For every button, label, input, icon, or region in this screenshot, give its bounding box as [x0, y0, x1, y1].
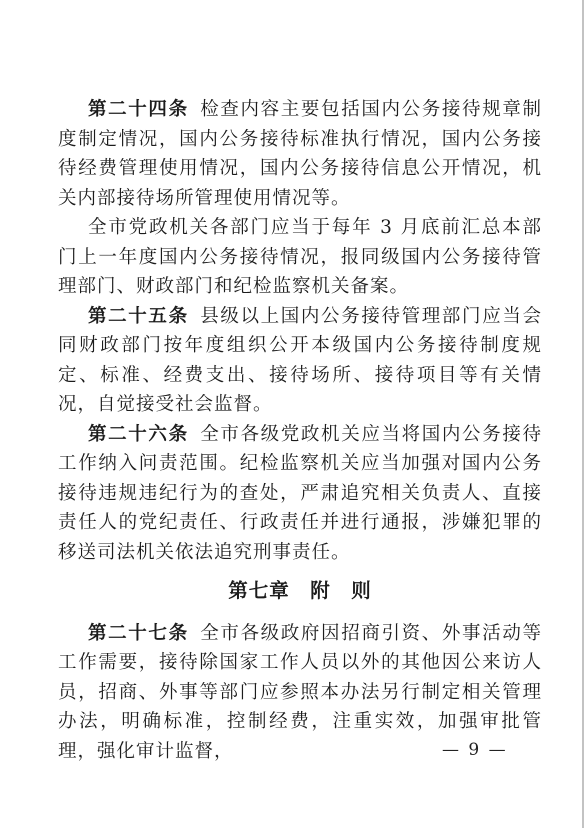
article-paragraph-26: 第二十六条全市各级党政机关应当将国内公务接待工作纳入问责范围。纪检监察机关应当加…: [58, 420, 542, 568]
article-number-24: 第二十四条: [88, 99, 189, 120]
scan-edge-line: [582, 0, 584, 828]
article-paragraph-24: 第二十四条检查内容主要包括国内公务接待规章制度制定情况，国内公务接待标准执行情况…: [58, 95, 542, 213]
body-paragraph-annual-report: 全市党政机关各部门应当于每年 3 月底前汇总本部门上一年度国内公务接待情况，报同…: [58, 213, 542, 302]
article-number-26: 第二十六条: [88, 424, 189, 445]
article-number-25: 第二十五条: [88, 306, 189, 327]
article-paragraph-25: 第二十五条县级以上国内公务接待管理部门应当会同财政部门按年度组织公开本级国内公务…: [58, 302, 542, 420]
document-body: 第二十四条检查内容主要包括国内公务接待规章制度制定情况，国内公务接待标准执行情况…: [58, 95, 542, 766]
body-paragraph-annual-report-text: 全市党政机关各部门应当于每年 3 月底前汇总本部门上一年度国内公务接待情况，报同…: [58, 217, 542, 297]
page-number: — 9 —: [442, 740, 508, 760]
article-number-27: 第二十七条: [88, 623, 189, 644]
chapter-heading: 第七章 附 则: [58, 576, 542, 606]
document-page: 第二十四条检查内容主要包括国内公务接待规章制度制定情况，国内公务接待标准执行情况…: [0, 0, 587, 828]
